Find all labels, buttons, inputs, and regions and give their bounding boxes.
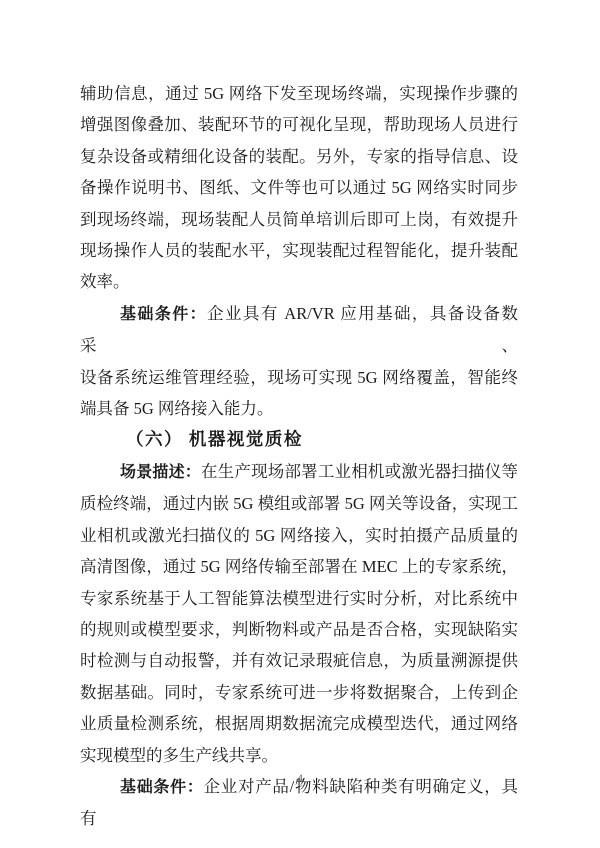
document-page: 辅助信息，通过 5G 网络下发至现场终端，实现操作步骤的 增强图像叠加、装配环节… xyxy=(0,0,600,848)
paragraph-lead: 场景描述： xyxy=(120,464,201,481)
body-line: 的规则或模型要求，判断物料或产品是否合格，实现缺陷实 xyxy=(80,614,518,645)
body-line: 增强图像叠加、装配环节的可视化呈现，帮助现场人员进行 xyxy=(80,109,518,140)
body-line: 质检终端，通过内嵌 5G 模组或部署 5G 网关等设备，实现工 xyxy=(80,488,518,519)
body-line: 高清图像，通过 5G 网络传输至部署在 MEC 上的专家系统， xyxy=(80,551,518,582)
body-line: 辅助信息，通过 5G 网络下发至现场终端，实现操作步骤的 xyxy=(80,78,518,109)
body-line: 场景描述：在生产现场部署工业相机或激光器扫描仪等 xyxy=(80,456,518,488)
body-line: 基础条件：企业具有 AR/VR 应用基础，具备设备数采、 xyxy=(80,298,518,362)
body-line: 设备系统运维管理经验，现场可实现 5G 网络覆盖，智能终 xyxy=(80,362,518,393)
page-number: 4 xyxy=(0,771,600,786)
body-line: 备操作说明书、图纸、文件等也可以通过 5G 网络实时同步 xyxy=(80,172,518,203)
section-heading: （六） 机器视觉质检 xyxy=(80,424,518,455)
paragraph-lead: 基础条件： xyxy=(120,306,207,323)
line-text: 在生产现场部署工业相机或激光器扫描仪等 xyxy=(201,462,518,481)
body-line: 效率。 xyxy=(80,266,518,297)
body-line: 数据基础。同时，专家系统可进一步将数据聚合，上传到企 xyxy=(80,677,518,708)
body-line: 业质量检测系统，根据周期数据流完成模型迭代，通过网络 xyxy=(80,708,518,739)
body-line: 专家系统基于人工智能算法模型进行实时分析，对比系统中 xyxy=(80,583,518,614)
body-line: 业相机或激光扫描仪的 5G 网络接入，实时拍摄产品质量的 xyxy=(80,520,518,551)
body-line: 复杂设备或精细化设备的装配。另外，专家的指导信息、设 xyxy=(80,141,518,172)
body-line: 端具备 5G 网络接入能力。 xyxy=(80,393,518,424)
body-line: 到现场终端，现场装配人员简单培训后即可上岗，有效提升 xyxy=(80,204,518,235)
body-line: 现场操作人员的装配水平，实现装配过程智能化，提升装配 xyxy=(80,235,518,266)
body-line: 时检测与自动报警，并有效记录瑕疵信息，为质量溯源提供 xyxy=(80,645,518,676)
text-block: 辅助信息，通过 5G 网络下发至现场终端，实现操作步骤的 增强图像叠加、装配环节… xyxy=(80,78,518,835)
body-line: 实现模型的多生产线共享。 xyxy=(80,740,518,771)
